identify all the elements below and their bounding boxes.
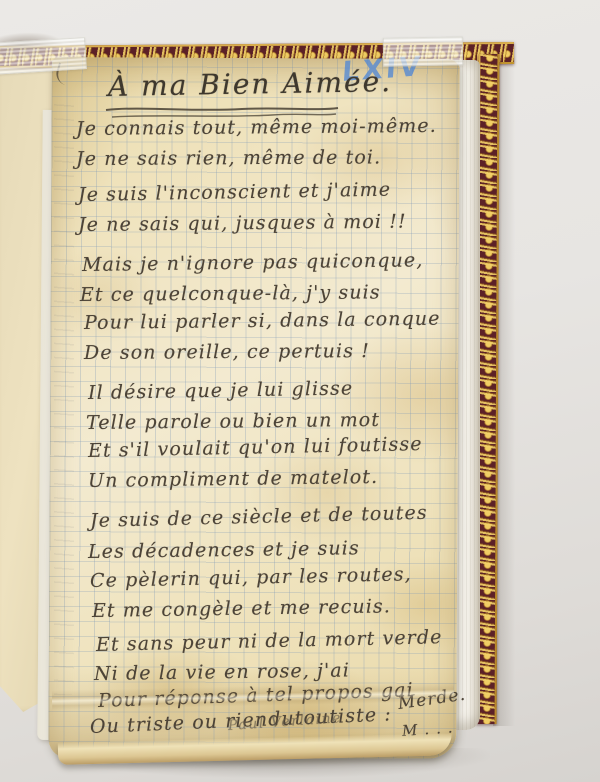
poem-line: De son oreille, ce pertuis ! [84,340,370,364]
poem-line: Je connais tout, même moi-même. [76,115,437,140]
poem-line: Un compliment de matelot. [88,466,379,492]
mounting-tape-left [0,37,87,75]
poem-line: Je ne sais qui, jusques à moi !! [78,211,407,236]
poem-line: Ni de la vie en rose, j'ai [94,659,350,685]
mounting-tape-right [383,36,463,66]
poem-line: Les décadences et je suis [88,537,360,563]
poem-line: Je ne sais rien, même de toi. [76,146,381,170]
poem-line: Et me congèle et me recuis. [92,595,391,622]
poem-title: À ma Bien Aimée. [108,65,393,103]
poem-line: Et ce quelconque-là, j'y suis [80,281,381,306]
poem-line: Pour lui parler si, dans la conque [84,308,441,334]
manuscript-photo: LXIV À ma Bien Aimée. Je connais tout, m… [0,0,600,782]
poem-line: Telle parole ou bien un mot [86,409,380,434]
ink-showthrough [54,95,74,695]
poem-line: Il désire que je lui glisse [88,377,354,404]
